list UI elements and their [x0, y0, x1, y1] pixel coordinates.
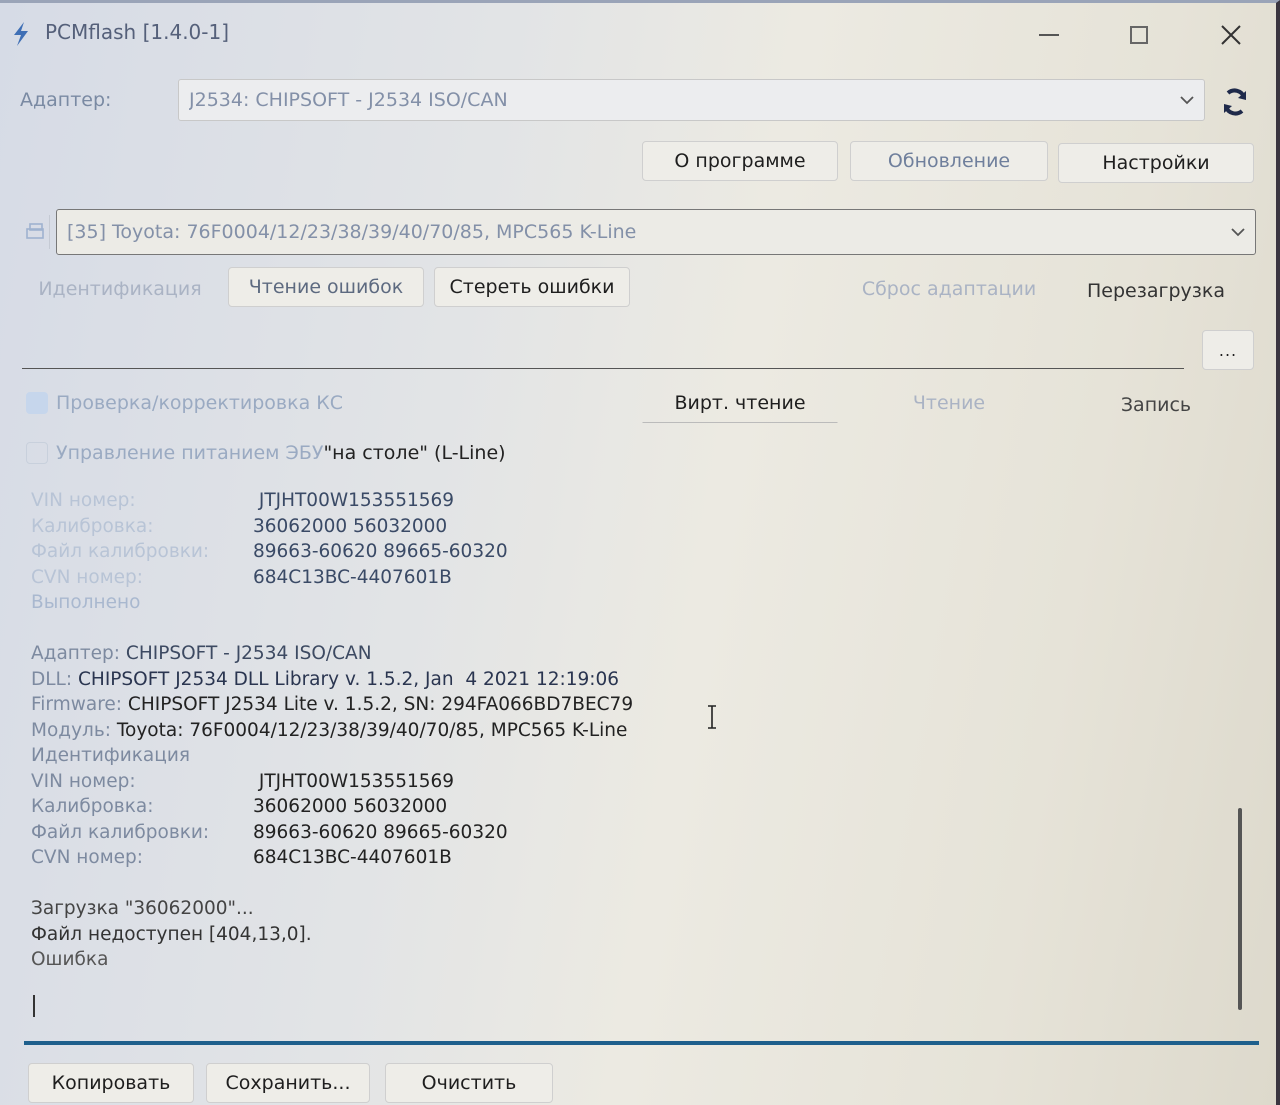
log-line: VIN номер: JTJHT00W153551569	[24, 769, 1254, 795]
log-line: Идентификация	[24, 743, 1254, 769]
write-button[interactable]: Запись	[1058, 385, 1254, 425]
about-button[interactable]: О программе	[642, 141, 838, 181]
window-title: PCMflash [1.4.0-1]	[45, 20, 229, 44]
close-icon	[1220, 24, 1242, 46]
reset-adaptation-button[interactable]: Сброс адаптации	[850, 269, 1048, 309]
log-line: Калибровка:36062000 56032000	[24, 514, 1254, 540]
checkbox-icon	[26, 442, 48, 464]
log-line: Выполнено	[24, 590, 1254, 616]
bench-power-label-suffix: "на столе" (L-Line)	[323, 442, 505, 464]
chevron-down-icon	[1170, 80, 1204, 120]
printer-icon	[25, 223, 45, 241]
adapter-selected-value: J2534: CHIPSOFT - J2534 ISO/CAN	[189, 89, 1170, 111]
checkbox-icon	[26, 392, 48, 414]
checksum-checkbox[interactable]: Проверка/корректировка КС	[26, 392, 343, 414]
log-line: Модуль: Toyota: 76F0004/12/23/38/39/40/7…	[24, 718, 1254, 744]
maximize-button[interactable]	[1116, 15, 1162, 55]
log-blank-line	[24, 616, 1254, 642]
identify-button[interactable]: Идентификация	[22, 269, 218, 309]
module-select[interactable]: [35] Toyota: 76F0004/12/23/38/39/40/70/8…	[56, 209, 1256, 255]
adapter-label: Адаптер:	[20, 89, 111, 111]
save-button[interactable]: Сохранить...	[206, 1063, 370, 1103]
read-errors-button[interactable]: Чтение ошибок	[228, 267, 424, 307]
log-scrollbar[interactable]	[1238, 808, 1242, 1010]
browse-button[interactable]: ...	[1202, 330, 1254, 370]
module-info-button[interactable]	[20, 215, 50, 249]
log-line: CVN номер:684C13BC-4407601B	[24, 845, 1254, 871]
chevron-down-icon	[1221, 210, 1255, 254]
log-output[interactable]: VIN номер: JTJHT00W153551569 Калибровка:…	[24, 488, 1254, 1038]
reboot-button[interactable]: Перезагрузка	[1058, 271, 1254, 311]
maximize-icon	[1130, 26, 1148, 44]
log-line: Загрузка "36062000"...	[24, 896, 1254, 922]
log-line: Калибровка:36062000 56032000	[24, 794, 1254, 820]
log-line: Адаптер: CHIPSOFT - J2534 ISO/CAN	[24, 641, 1254, 667]
adapter-select[interactable]: J2534: CHIPSOFT - J2534 ISO/CAN	[178, 79, 1205, 121]
bench-power-label-prefix: Управление питанием ЭБУ	[56, 442, 323, 464]
read-button[interactable]: Чтение	[850, 383, 1048, 423]
log-line: Файл калибровки:89663-60620 89665-60320	[24, 820, 1254, 846]
pcmflash-window: PCMflash [1.4.0-1] Адаптер: J2534: CHIPS…	[0, 0, 1280, 1105]
clear-errors-button[interactable]: Стереть ошибки	[434, 267, 630, 307]
lightning-bolt-icon	[10, 21, 32, 47]
text-caret	[33, 995, 35, 1017]
checksum-label: Проверка/корректировка КС	[56, 392, 343, 414]
file-path-input[interactable]	[22, 327, 1184, 369]
settings-button[interactable]: Настройки	[1058, 143, 1254, 183]
minimize-button[interactable]	[1026, 15, 1072, 55]
close-button[interactable]	[1208, 15, 1254, 55]
log-line: CVN номер:684C13BC-4407601B	[24, 565, 1254, 591]
copy-button[interactable]: Копировать	[28, 1063, 194, 1103]
title-bar: PCMflash [1.4.0-1]	[0, 3, 1276, 63]
log-line: Firmware: CHIPSOFT J2534 Lite v. 1.5.2, …	[24, 692, 1254, 718]
progress-bar	[24, 1041, 1259, 1045]
virtual-read-button[interactable]: Вирт. чтение	[642, 383, 838, 423]
update-button[interactable]: Обновление	[850, 141, 1048, 181]
log-line: VIN номер: JTJHT00W153551569	[24, 488, 1254, 514]
minimize-icon	[1039, 34, 1059, 36]
log-line: Файл калибровки:89663-60620 89665-60320	[24, 539, 1254, 565]
log-line: DLL: CHIPSOFT J2534 DLL Library v. 1.5.2…	[24, 667, 1254, 693]
log-blank-line	[24, 871, 1254, 897]
log-line: Ошибка	[24, 947, 1254, 973]
log-line: Файл недоступен [404,13,0].	[24, 922, 1254, 948]
module-selected-value: [35] Toyota: 76F0004/12/23/38/39/40/70/8…	[67, 221, 1221, 243]
refresh-icon[interactable]	[1220, 87, 1250, 117]
clear-button[interactable]: Очистить	[385, 1063, 553, 1103]
text-cursor-icon	[706, 705, 718, 729]
bench-power-checkbox[interactable]: Управление питанием ЭБУ "на столе" (L-Li…	[26, 442, 506, 464]
